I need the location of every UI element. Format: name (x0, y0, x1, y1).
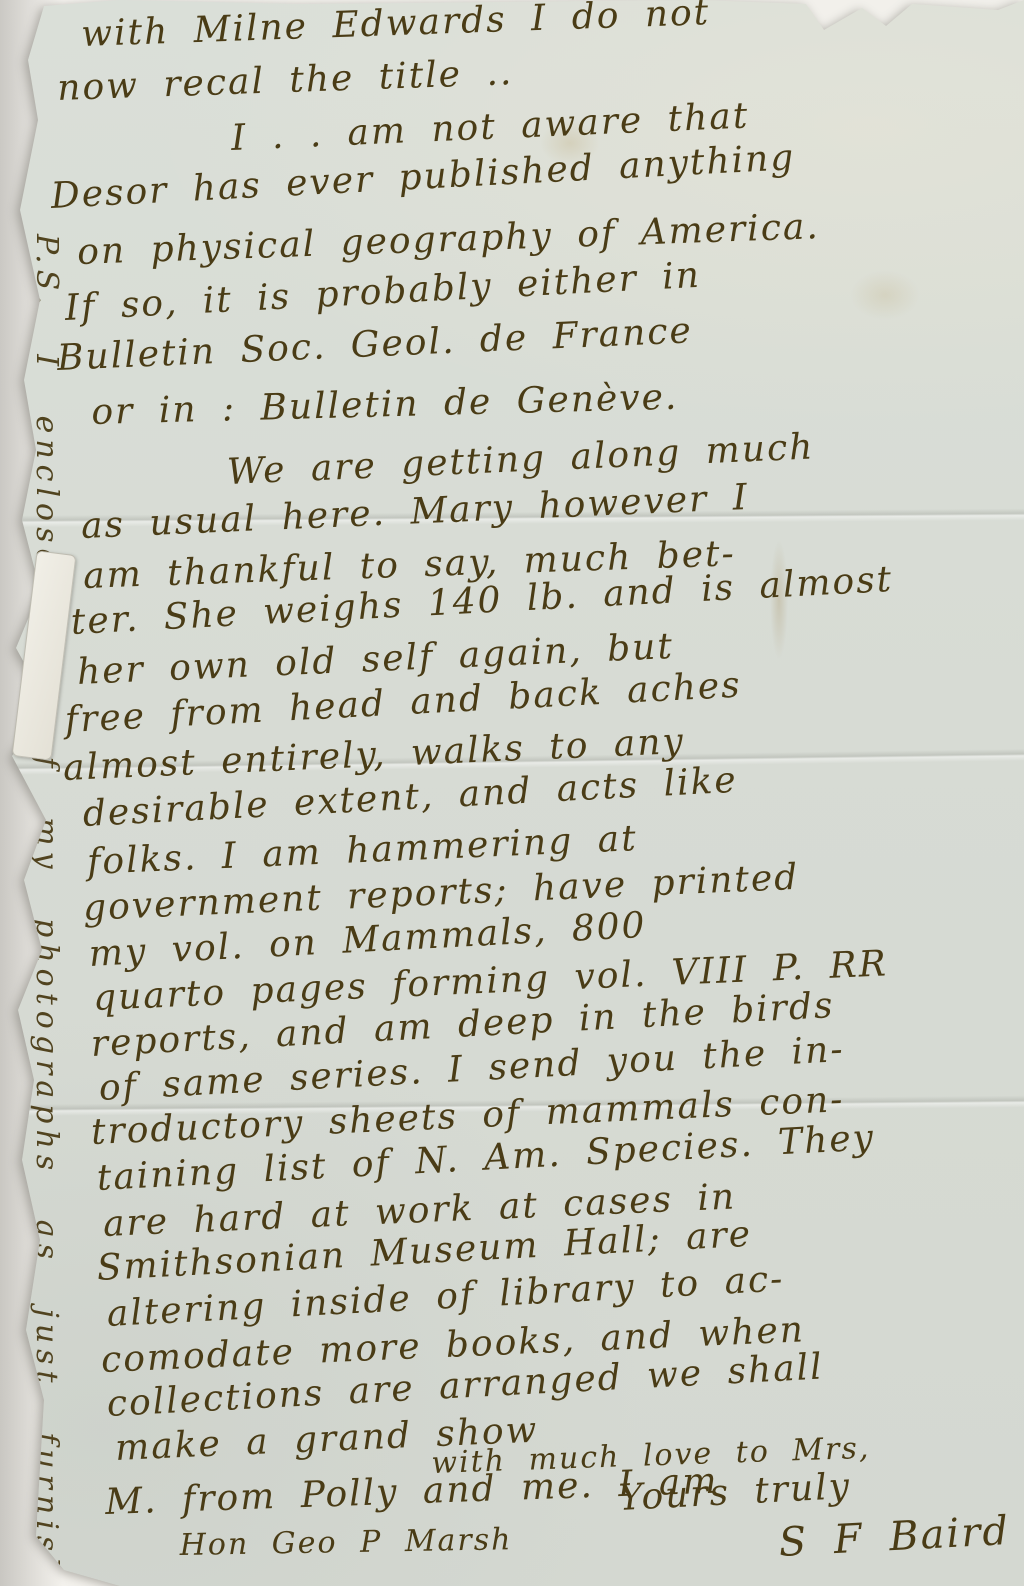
letter-line: now recal the title .. (57, 52, 514, 109)
signature: S F Baird (778, 1508, 1011, 1566)
letter-line: or in : Bulletin de Genève. (91, 377, 679, 433)
paper-sheet: with Milne Edwards I do not now recal th… (0, 0, 1024, 1586)
margin-postscript: P.S. I enclose one of my photographs as … (8, 234, 64, 1579)
stain (850, 270, 920, 320)
letter-line: with Milne Edwards I do not (81, 0, 711, 55)
letter-page: with Milne Edwards I do not now recal th… (0, 0, 1024, 1586)
addressee-line: Hon Geo P Marsh (179, 1522, 512, 1563)
letter-scan: with Milne Edwards I do not now recal th… (0, 0, 1024, 1586)
letter-line: on physical geography of America. (77, 206, 821, 273)
